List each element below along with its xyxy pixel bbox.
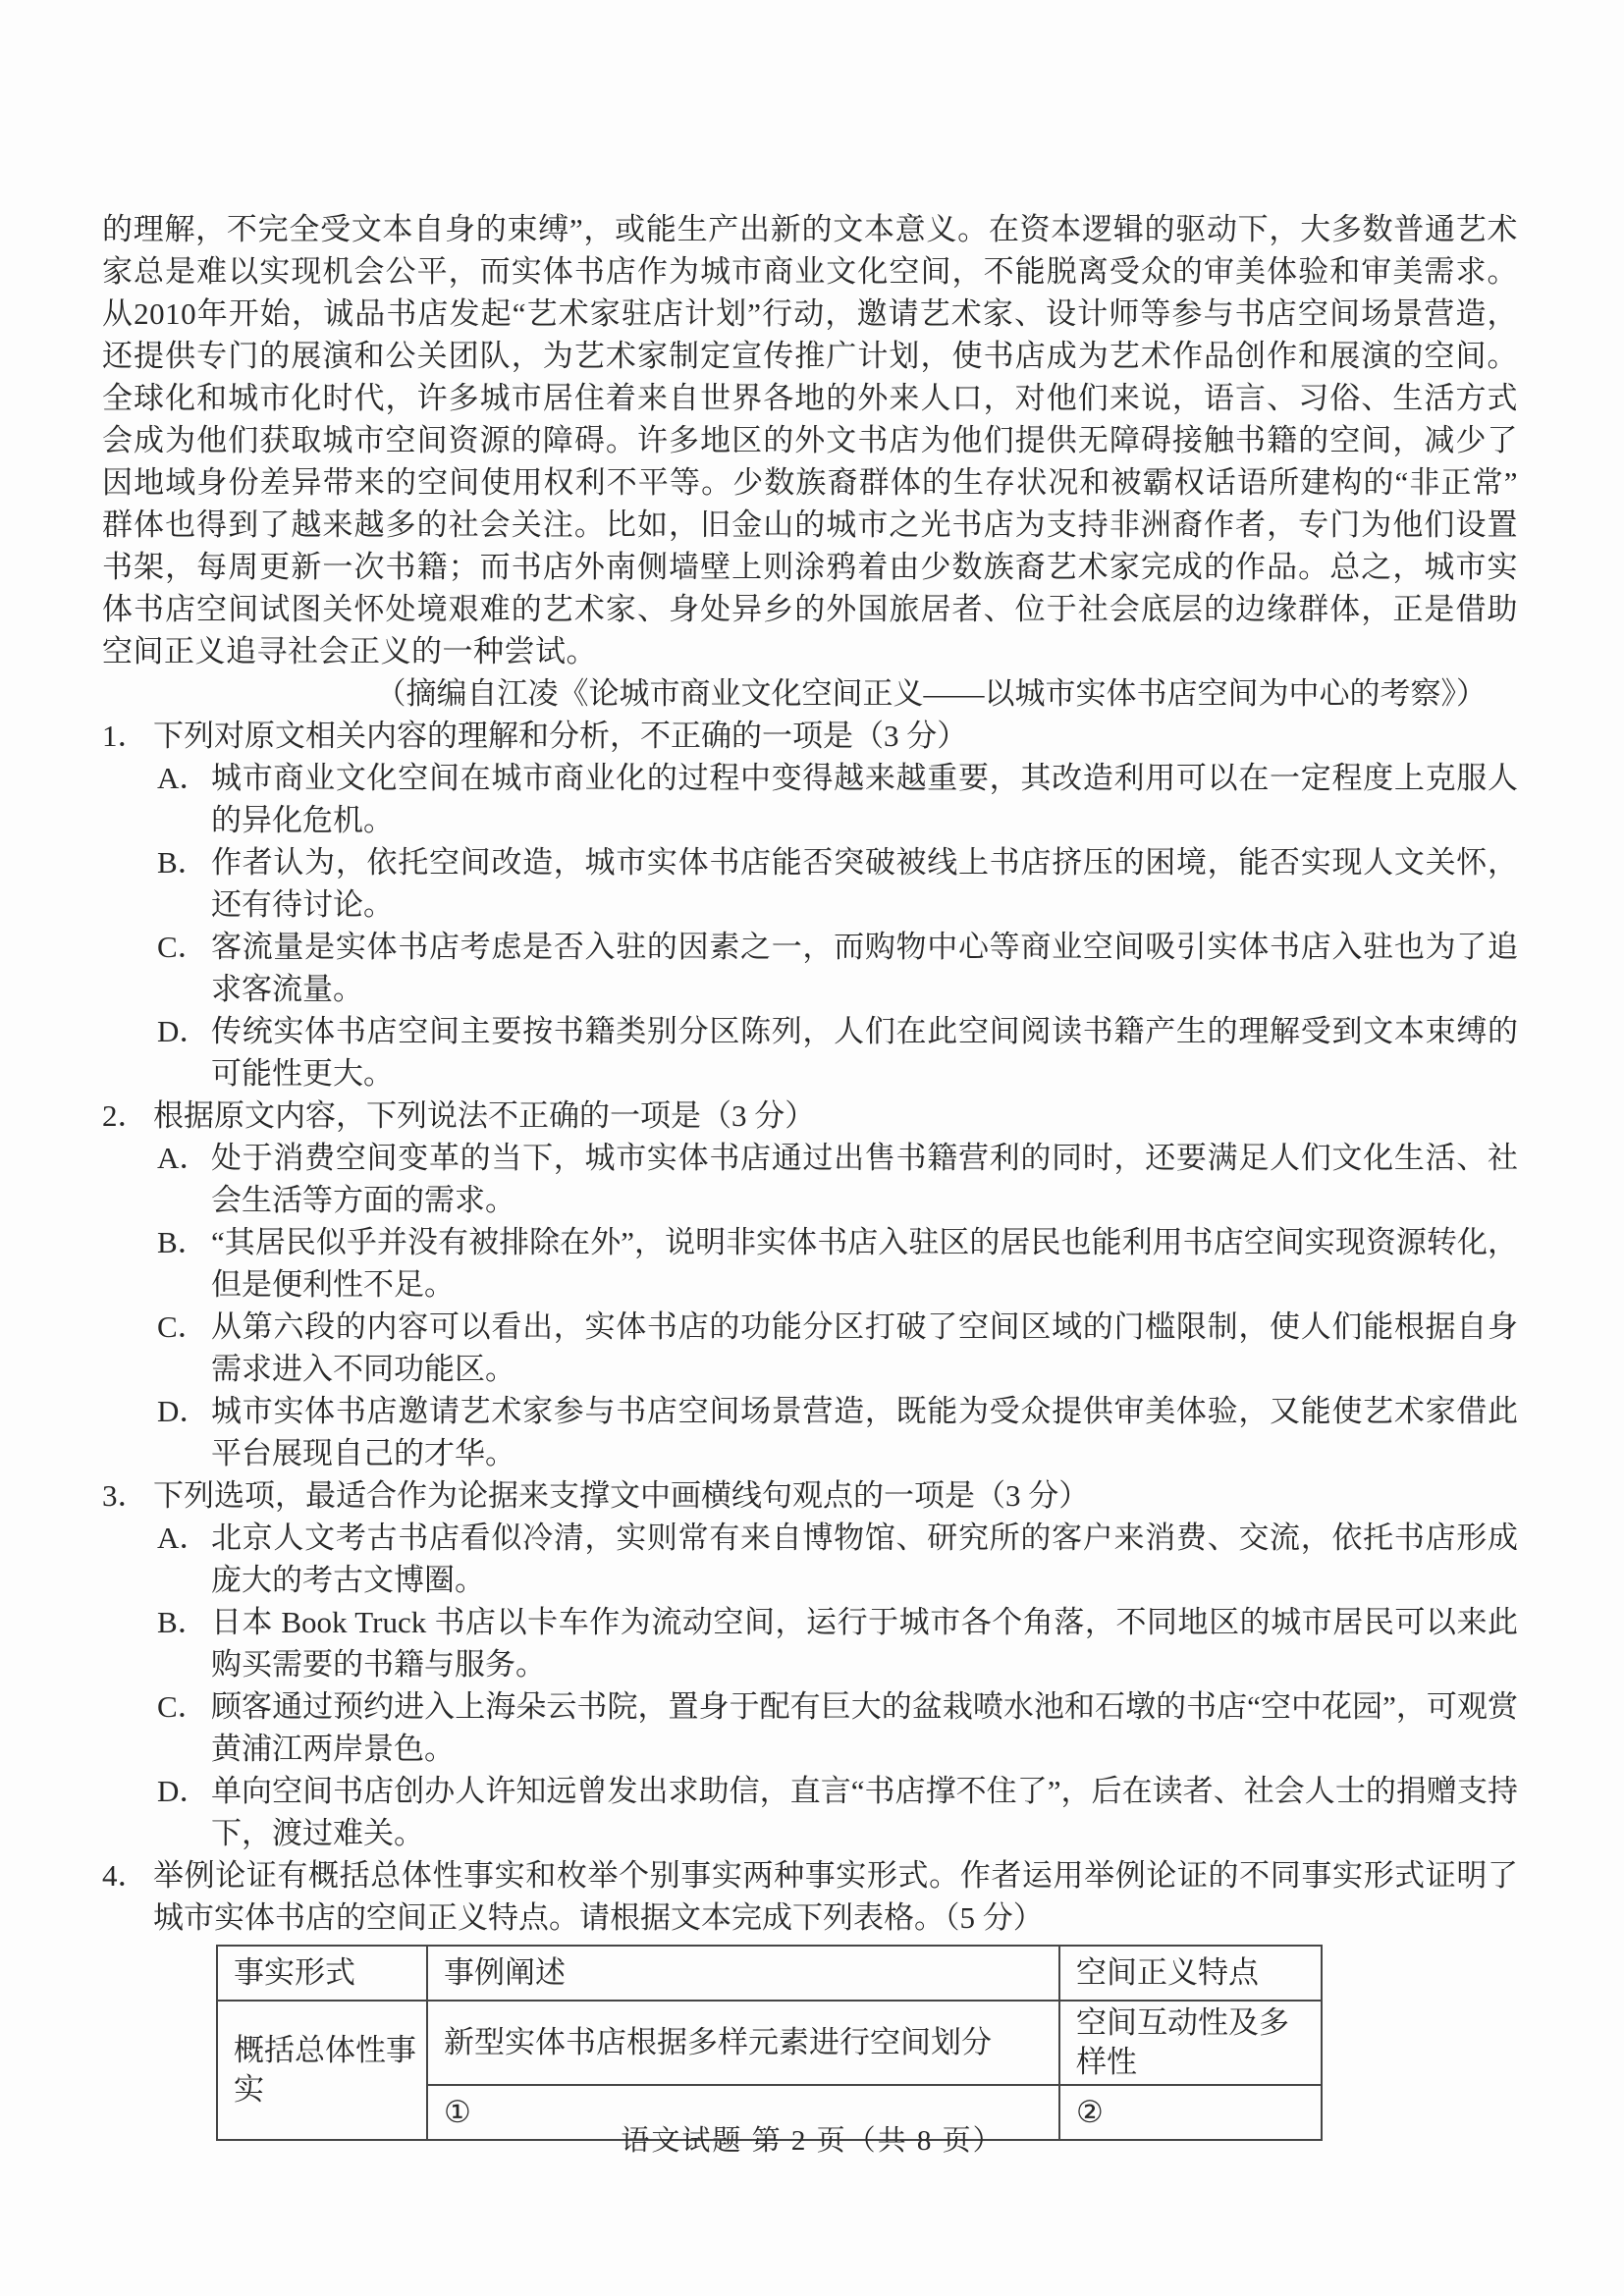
option-label: B． bbox=[157, 841, 211, 883]
question-3-option-b: B． 日本 Book Truck 书店以卡车作为流动空间，运行于城市各个角落，不… bbox=[157, 1601, 1518, 1685]
question-1: 1． 下列对原文相关内容的理解和分析，不正确的一项是（3 分） A． 城市商业文… bbox=[102, 715, 1518, 1095]
passage-text: 的理解，不完全受文本自身的束缚”，或能生产出新的文本意义。在资本逻辑的驱动下，大… bbox=[102, 208, 1518, 672]
option-text: 日本 Book Truck 书店以卡车作为流动空间，运行于城市各个角落，不同地区… bbox=[211, 1601, 1518, 1685]
option-text: 城市实体书店邀请艺术家参与书店空间场景营造，既能为受众提供审美体验，又能使艺术家… bbox=[211, 1390, 1518, 1474]
question-2-option-a: A． 处于消费空间变革的当下，城市实体书店通过出售书籍营利的同时，还要满足人们文… bbox=[157, 1137, 1518, 1221]
question-2: 2． 根据原文内容，下列说法不正确的一项是（3 分） A． 处于消费空间变革的当… bbox=[102, 1095, 1518, 1474]
question-stem-text: 根据原文内容，下列说法不正确的一项是（3 分） bbox=[153, 1095, 1518, 1137]
page-footer: 语文试题 第 2 页（共 8 页） bbox=[0, 2120, 1624, 2163]
question-number: 3． bbox=[102, 1474, 153, 1517]
question-3: 3． 下列选项，最适合作为论据来支撑文中画横线句观点的一项是（3 分） A． 北… bbox=[102, 1474, 1518, 1854]
table-cell: 空间互动性及多样性 bbox=[1059, 2001, 1322, 2085]
passage-citation: （摘编自江凌《论城市商业文化空间正义——以城市实体书店空间为中心的考察》） bbox=[102, 672, 1518, 715]
question-1-stem: 1． 下列对原文相关内容的理解和分析，不正确的一项是（3 分） bbox=[102, 715, 1518, 757]
option-text: 城市商业文化空间在城市商业化的过程中变得越来越重要，其改造利用可以在一定程度上克… bbox=[211, 757, 1518, 841]
table-cell: 新型实体书店根据多样元素进行空间划分 bbox=[427, 2001, 1059, 2085]
question-2-option-d: D． 城市实体书店邀请艺术家参与书店空间场景营造，既能为受众提供审美体验，又能使… bbox=[157, 1390, 1518, 1474]
page-content: 的理解，不完全受文本自身的束缚”，或能生产出新的文本意义。在资本逻辑的驱动下，大… bbox=[102, 208, 1518, 2141]
option-label: A． bbox=[157, 757, 211, 799]
question-3-option-d: D． 单向空间书店创办人许知远曾发出求助信，直言“书店撑不住了”，后在读者、社会… bbox=[157, 1770, 1518, 1854]
exam-page: 的理解，不完全受文本自身的束缚”，或能生产出新的文本意义。在资本逻辑的驱动下，大… bbox=[0, 0, 1624, 2296]
question-2-stem: 2． 根据原文内容，下列说法不正确的一项是（3 分） bbox=[102, 1095, 1518, 1137]
option-label: D． bbox=[157, 1770, 211, 1812]
question-3-option-a: A． 北京人文考古书店看似冷清，实则常有来自博物馆、研究所的客户来消费、交流，依… bbox=[157, 1517, 1518, 1601]
question-stem-text: 下列选项，最适合作为论据来支撑文中画横线句观点的一项是（3 分） bbox=[153, 1474, 1518, 1517]
question-3-stem: 3． 下列选项，最适合作为论据来支撑文中画横线句观点的一项是（3 分） bbox=[102, 1474, 1518, 1517]
table-header-cell: 空间正义特点 bbox=[1059, 1946, 1322, 2001]
question-1-option-c: C． 客流量是实体书店考虑是否入驻的因素之一，而购物中心等商业空间吸引实体书店入… bbox=[157, 926, 1518, 1010]
question-number: 1． bbox=[102, 715, 153, 757]
question-3-option-c: C． 顾客通过预约进入上海朵云书院，置身于配有巨大的盆栽喷水池和石墩的书店“空中… bbox=[157, 1685, 1518, 1770]
option-label: B． bbox=[157, 1221, 211, 1263]
option-text: 传统实体书店空间主要按书籍类别分区陈列，人们在此空间阅读书籍产生的理解受到文本束… bbox=[211, 1010, 1518, 1095]
option-text: 顾客通过预约进入上海朵云书院，置身于配有巨大的盆栽喷水池和石墩的书店“空中花园”… bbox=[211, 1685, 1518, 1770]
option-label: C． bbox=[157, 926, 211, 968]
option-label: A． bbox=[157, 1517, 211, 1559]
option-text: 处于消费空间变革的当下，城市实体书店通过出售书籍营利的同时，还要满足人们文化生活… bbox=[211, 1137, 1518, 1221]
option-text: 作者认为，依托空间改造，城市实体书店能否突破被线上书店挤压的困境，能否实现人文关… bbox=[211, 841, 1518, 926]
option-label: C． bbox=[157, 1685, 211, 1728]
option-label: D． bbox=[157, 1010, 211, 1052]
option-text: “其居民似乎并没有被排除在外”，说明非实体书店入驻区的居民也能利用书店空间实现资… bbox=[211, 1221, 1518, 1306]
table-header-cell: 事例阐述 bbox=[427, 1946, 1059, 2001]
question-number: 2． bbox=[102, 1095, 153, 1137]
question-1-option-d: D． 传统实体书店空间主要按书籍类别分区陈列，人们在此空间阅读书籍产生的理解受到… bbox=[157, 1010, 1518, 1095]
question-1-option-a: A． 城市商业文化空间在城市商业化的过程中变得越来越重要，其改造利用可以在一定程… bbox=[157, 757, 1518, 841]
question-4-stem: 4． 举例论证有概括总体性事实和枚举个别事实两种事实形式。作者运用举例论证的不同… bbox=[102, 1854, 1518, 1939]
option-label: B． bbox=[157, 1601, 211, 1643]
table-rowspan-label: 概括总体性事实 bbox=[217, 2001, 427, 2140]
table-header-row: 事实形式 事例阐述 空间正义特点 bbox=[217, 1946, 1322, 2001]
question-stem-text: 举例论证有概括总体性事实和枚举个别事实两种事实形式。作者运用举例论证的不同事实形… bbox=[153, 1854, 1518, 1939]
option-text: 从第六段的内容可以看出，实体书店的功能分区打破了空间区域的门槛限制，使人们能根据… bbox=[211, 1306, 1518, 1390]
question-4-table: 事实形式 事例阐述 空间正义特点 概括总体性事实 新型实体书店根据多样元素进行空… bbox=[216, 1945, 1323, 2141]
question-stem-text: 下列对原文相关内容的理解和分析，不正确的一项是（3 分） bbox=[153, 715, 1518, 757]
table-header-cell: 事实形式 bbox=[217, 1946, 427, 2001]
option-label: D． bbox=[157, 1390, 211, 1432]
option-label: C． bbox=[157, 1306, 211, 1348]
option-text: 单向空间书店创办人许知远曾发出求助信，直言“书店撑不住了”，后在读者、社会人士的… bbox=[211, 1770, 1518, 1854]
table-row: 概括总体性事实 新型实体书店根据多样元素进行空间划分 空间互动性及多样性 bbox=[217, 2001, 1322, 2085]
option-text: 北京人文考古书店看似冷清，实则常有来自博物馆、研究所的客户来消费、交流，依托书店… bbox=[211, 1517, 1518, 1601]
question-2-option-c: C． 从第六段的内容可以看出，实体书店的功能分区打破了空间区域的门槛限制，使人们… bbox=[157, 1306, 1518, 1390]
question-4: 4． 举例论证有概括总体性事实和枚举个别事实两种事实形式。作者运用举例论证的不同… bbox=[102, 1854, 1518, 2141]
question-number: 4． bbox=[102, 1854, 153, 1896]
option-text: 客流量是实体书店考虑是否入驻的因素之一，而购物中心等商业空间吸引实体书店入驻也为… bbox=[211, 926, 1518, 1010]
option-label: A． bbox=[157, 1137, 211, 1179]
question-1-option-b: B． 作者认为，依托空间改造，城市实体书店能否突破被线上书店挤压的困境，能否实现… bbox=[157, 841, 1518, 926]
question-2-option-b: B． “其居民似乎并没有被排除在外”，说明非实体书店入驻区的居民也能利用书店空间… bbox=[157, 1221, 1518, 1306]
